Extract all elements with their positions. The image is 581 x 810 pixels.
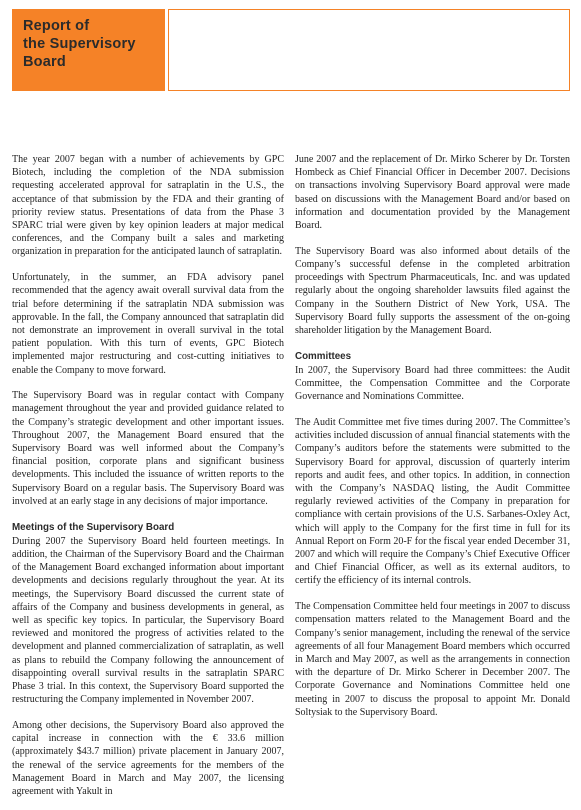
heading-meetings: Meetings of the Supervisory Board — [12, 521, 284, 534]
page-title-line-3: Board — [23, 54, 155, 72]
report-page: Report of the Supervisory Board The year… — [0, 0, 581, 810]
paragraph-audit-committee: The Audit Committee met five times durin… — [295, 416, 570, 588]
banner-outline-box — [168, 9, 570, 91]
page-title-line-1: Report of — [23, 18, 155, 36]
paragraph-arbitration-defense: The Supervisory Board was also informed … — [295, 245, 570, 337]
paragraph-cfo-replacement: June 2007 and the replacement of Dr. Mir… — [295, 153, 570, 232]
page-title-box: Report of the Supervisory Board — [12, 9, 165, 91]
body-content: The year 2007 began with a number of ach… — [12, 153, 570, 798]
paragraph-fda-panel: Unfortunately, in the summer, an FDA adv… — [12, 271, 284, 377]
paragraph-regular-contact: The Supervisory Board was in regular con… — [12, 389, 284, 508]
paragraph-compensation-committee: The Compensation Committee held four mee… — [295, 600, 570, 719]
paragraph-meetings-detail: During 2007 the Supervisory Board held f… — [12, 535, 284, 707]
heading-committees: Committees — [295, 350, 570, 363]
paragraph-three-committees: In 2007, the Supervisory Board had three… — [295, 364, 570, 404]
paragraph-other-decisions: Among other decisions, the Supervisory B… — [12, 719, 284, 798]
title-banner: Report of the Supervisory Board — [12, 9, 570, 91]
paragraph-year-achievements: The year 2007 began with a number of ach… — [12, 153, 284, 259]
left-column: The year 2007 began with a number of ach… — [12, 153, 284, 798]
page-title-line-2: the Supervisory — [23, 36, 155, 54]
right-column: June 2007 and the replacement of Dr. Mir… — [295, 153, 570, 798]
